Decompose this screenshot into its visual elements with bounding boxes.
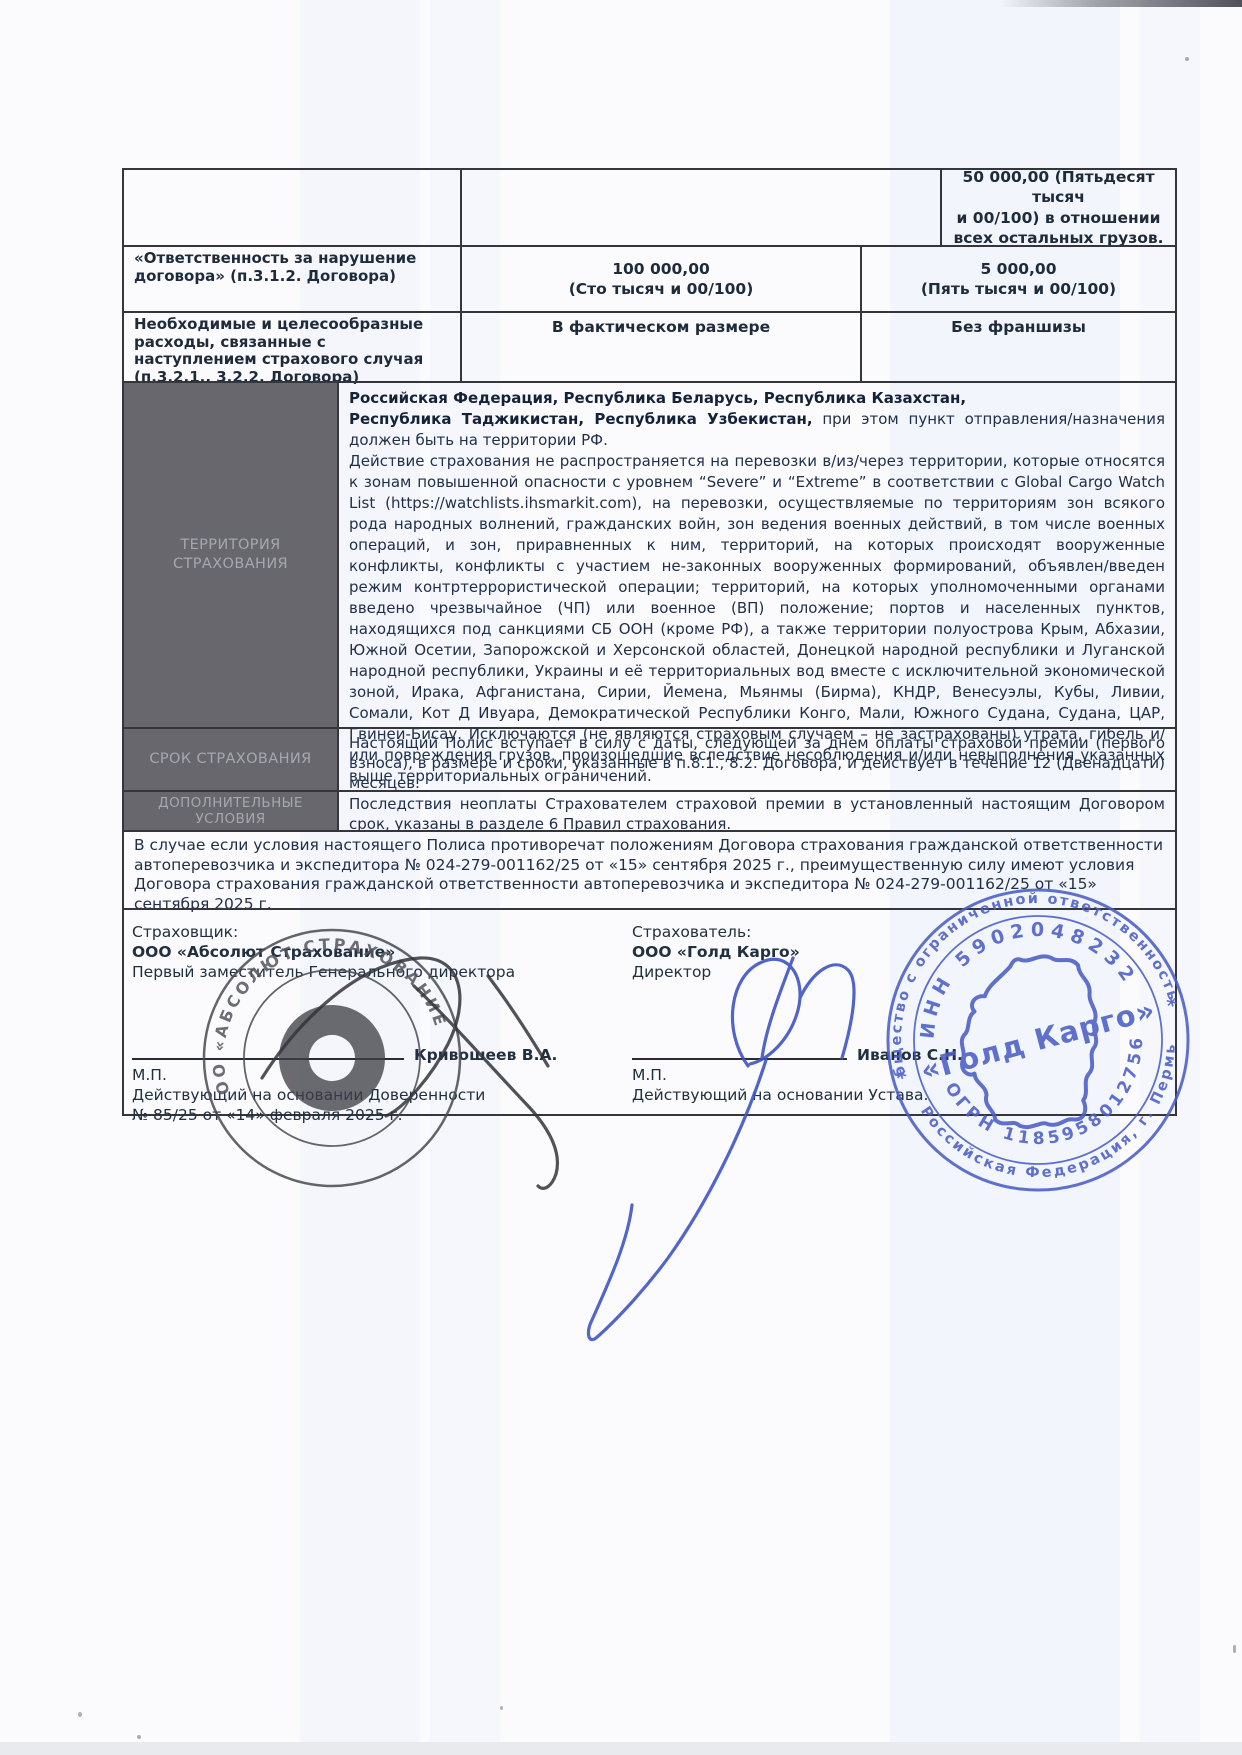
scan-bottom-band	[0, 1742, 1242, 1755]
scan-speck	[1185, 57, 1189, 61]
precedence-clause-cell: В случае если условия настоящего Полиса …	[124, 832, 1175, 908]
insurer-company: ООО «Абсолют Страхование»	[132, 942, 557, 962]
additional-header-label: ДОПОЛНИТЕЛЬНЫЕ УСЛОВИЯ	[158, 795, 303, 827]
insured-signature-block: Страхователь: ООО «Голд Карго» Директор …	[632, 922, 963, 1105]
insurer-seal-mark: М.П.	[132, 1065, 557, 1085]
precedence-clause-text: В случае если условия настоящего Полиса …	[124, 832, 1175, 918]
contract-violation-franchise: 5 000,00 (Пять тысяч и 00/100)	[921, 259, 1116, 300]
contract-violation-sum: 100 000,00 (Сто тысяч и 00/100)	[569, 259, 754, 300]
term-text: Настоящий Полис вступает в силу с даты, …	[339, 729, 1175, 797]
necessary-expenses-label: Необходимые и целесообразные расходы, св…	[124, 313, 460, 389]
contract-violation-sum-cell: 100 000,00 (Сто тысяч и 00/100)	[460, 247, 860, 311]
contract-violation-label-cell: «Ответственность за нарушение договора» …	[124, 247, 460, 311]
insured-role-label: Страхователь:	[632, 922, 963, 942]
territory-header-cell: ТЕРРИТОРИЯ СТРАХОВАНИЯ	[124, 383, 337, 727]
insurer-basis-line2: № 85/25 от «14» февраля 2025 г.	[132, 1105, 557, 1125]
scanned-insurance-policy-page: 50 000,00 (Пятьдесят тысяч и 00/100) в о…	[0, 0, 1242, 1755]
term-header-label: СРОК СТРАХОВАНИЯ	[149, 750, 311, 769]
insured-signature-line	[632, 1044, 847, 1060]
insurer-sign-line-row: Кривошеев В.А.	[132, 1044, 557, 1065]
additional-header-cell: ДОПОЛНИТЕЛЬНЫЕ УСЛОВИЯ	[124, 792, 337, 830]
empty-label-cell	[124, 170, 460, 245]
table-row-necessary-expenses: Необходимые и целесообразные расходы, св…	[122, 311, 1177, 383]
insurer-role-label: Страховщик:	[132, 922, 557, 942]
insured-sign-line-row: Иванов С.Н.	[632, 1044, 963, 1065]
insurer-basis-line1: Действующий на основании Доверенности	[132, 1085, 557, 1105]
territory-countries-line1: Российская Федерация, Республика Беларус…	[349, 389, 966, 407]
franchise-other-cargo-cell: 50 000,00 (Пятьдесят тысяч и 00/100) в о…	[940, 170, 1175, 245]
territory-content-cell: Российская Федерация, Республика Беларус…	[337, 383, 1175, 727]
table-row-territory: ТЕРРИТОРИЯ СТРАХОВАНИЯ Российская Федера…	[122, 381, 1177, 729]
scan-speck	[500, 1706, 503, 1710]
necessary-expenses-sum: В фактическом размере	[552, 317, 770, 338]
empty-value-cell	[460, 170, 940, 245]
necessary-expenses-sum-cell: В фактическом размере	[460, 313, 860, 381]
insured-company: ООО «Голд Карго»	[632, 942, 963, 962]
table-row-additional-conditions: ДОПОЛНИТЕЛЬНЫЕ УСЛОВИЯ Последствия неопл…	[122, 790, 1177, 832]
contract-violation-franchise-cell: 5 000,00 (Пять тысяч и 00/100)	[860, 247, 1175, 311]
scan-speck	[78, 1712, 82, 1717]
contract-violation-label: «Ответственность за нарушение договора» …	[124, 247, 460, 288]
table-row-contract-violation: «Ответственность за нарушение договора» …	[122, 245, 1177, 313]
table-row-signatures: Страховщик: ООО «Абсолют Страхование» Пе…	[122, 908, 1177, 1116]
additional-content-cell: Последствия неоплаты Страхователем страх…	[337, 792, 1175, 830]
necessary-expenses-franchise-cell: Без франшизы	[860, 313, 1175, 381]
insured-position: Директор	[632, 962, 963, 982]
insurer-signatory-name: Кривошеев В.А.	[414, 1046, 557, 1064]
insurer-position: Первый заместитель Генерального директор…	[132, 962, 557, 982]
scan-speck	[1233, 1645, 1236, 1653]
insured-signatory-name: Иванов С.Н.	[857, 1046, 963, 1064]
insurer-signature-block: Страховщик: ООО «Абсолют Страхование» Пе…	[132, 922, 557, 1125]
table-row-franchise-other-cargo: 50 000,00 (Пятьдесят тысяч и 00/100) в о…	[122, 168, 1177, 247]
table-row-term: СРОК СТРАХОВАНИЯ Настоящий Полис вступае…	[122, 727, 1177, 792]
insured-seal-mark: М.П.	[632, 1065, 963, 1085]
franchise-other-cargo-value: 50 000,00 (Пятьдесят тысяч и 00/100) в о…	[942, 167, 1175, 249]
necessary-expenses-franchise: Без франшизы	[951, 317, 1086, 338]
table-row-precedence-clause: В случае если условия настоящего Полиса …	[122, 830, 1177, 910]
insured-basis-line1: Действующий на основании Устава.	[632, 1085, 963, 1105]
scan-speck	[137, 1735, 141, 1739]
scan-top-edge-artifact	[1000, 0, 1242, 7]
term-content-cell: Настоящий Полис вступает в силу с даты, …	[337, 729, 1175, 790]
insurer-signature-line	[132, 1044, 404, 1060]
territory-countries-line2: Республика Таджикистан, Республика Узбек…	[349, 410, 813, 428]
term-header-cell: СРОК СТРАХОВАНИЯ	[124, 729, 337, 790]
necessary-expenses-label-cell: Необходимые и целесообразные расходы, св…	[124, 313, 460, 381]
territory-header-label: ТЕРРИТОРИЯ СТРАХОВАНИЯ	[173, 536, 288, 574]
